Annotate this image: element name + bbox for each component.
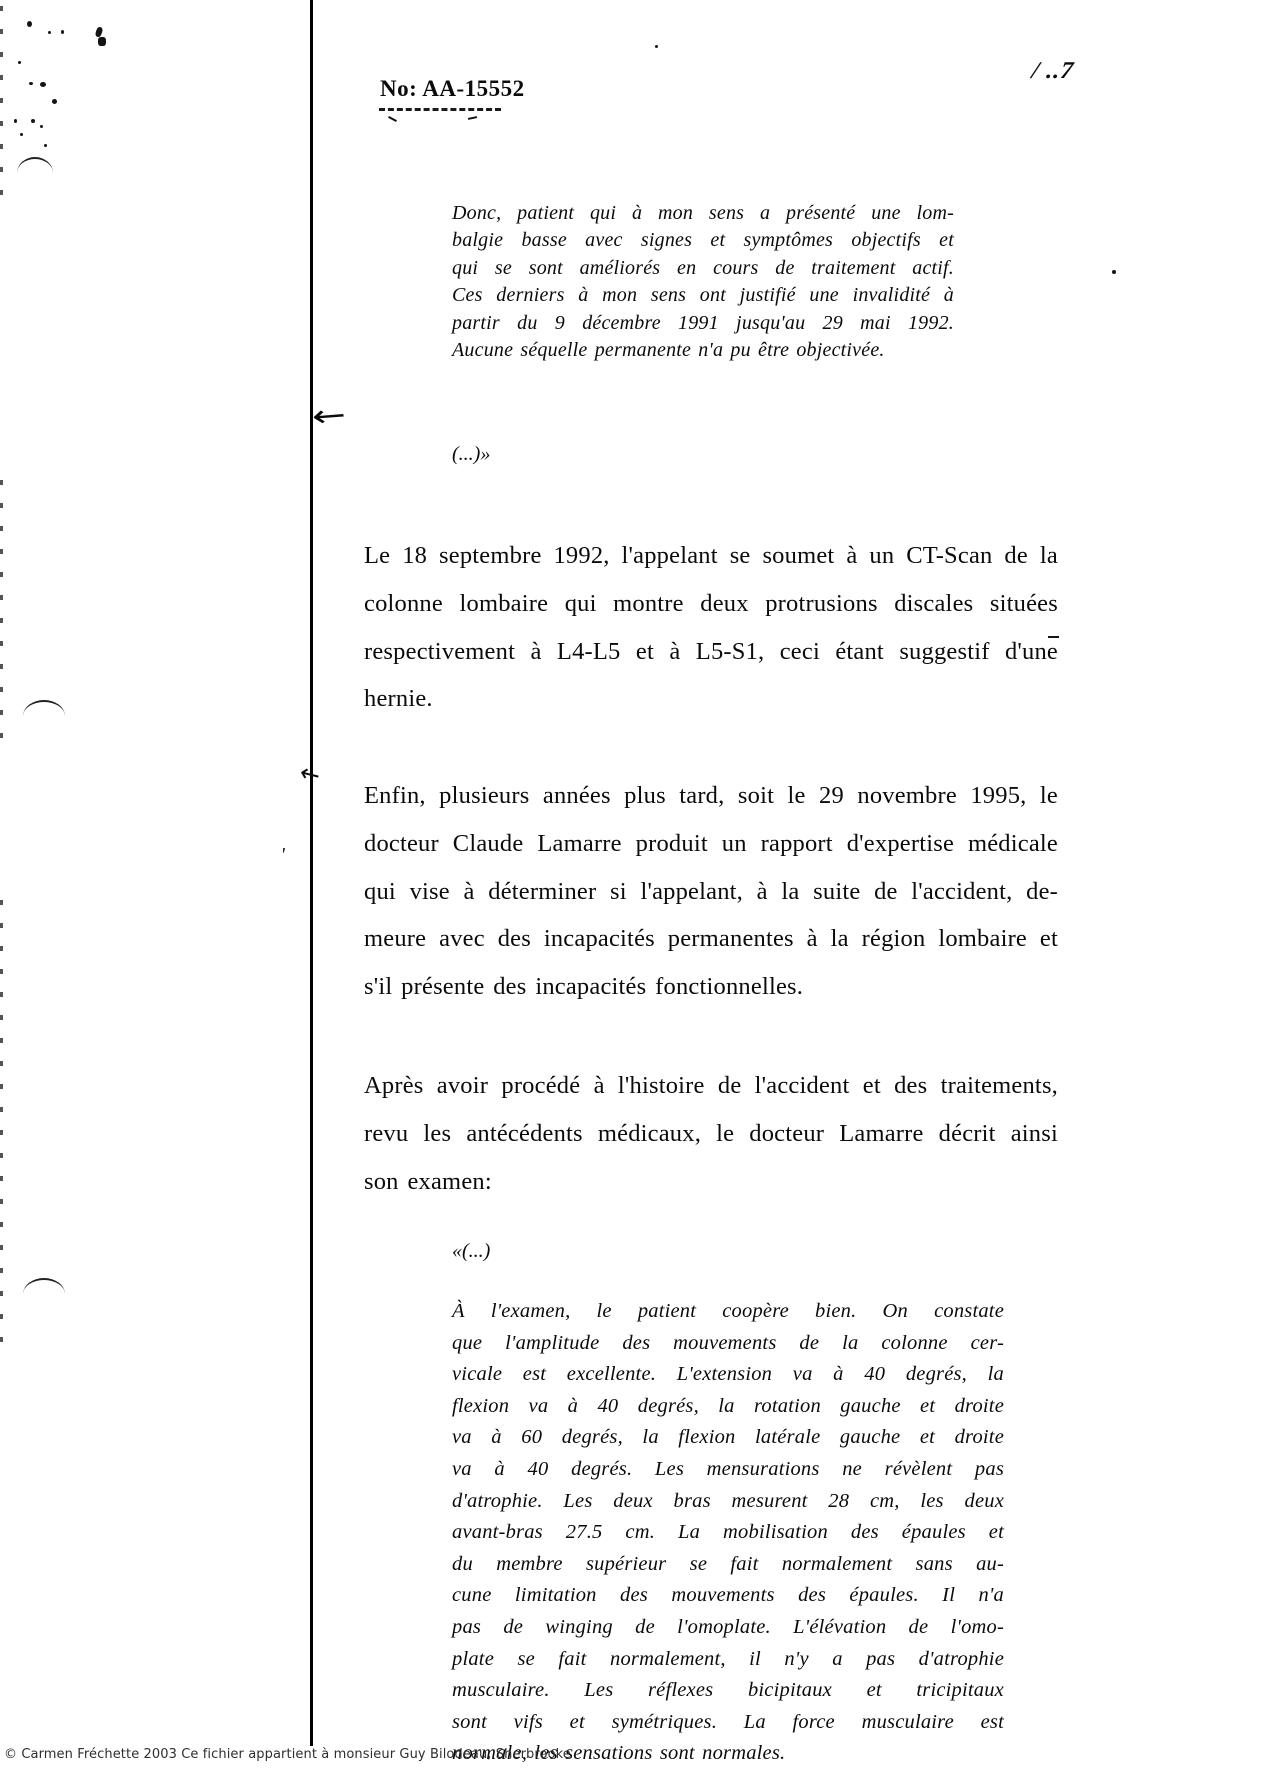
text-line: Enfin, plusieurs années plus tard, soit …	[364, 772, 1058, 820]
text-line: s'il présente des incapacités fonctionne…	[364, 963, 1058, 1011]
scan-artifact	[23, 700, 65, 716]
case-number-underline	[379, 108, 501, 111]
footer-copyright: © Carmen Fréchette 2003 Ce fichier appar…	[4, 1747, 571, 1762]
margin-rule	[310, 0, 313, 1746]
scan-artifact	[44, 144, 47, 147]
scan-artifact	[31, 119, 35, 123]
text-line: Ces derniers à mon sens ont justifié une…	[452, 282, 954, 309]
scan-artifact	[40, 82, 46, 87]
scan-artifact	[27, 21, 32, 27]
text-line: vicale est excellente. L'extension va à …	[452, 1359, 1004, 1391]
text-line: sont vifs et symétriques. La force muscu…	[452, 1707, 1004, 1739]
blockquote-medical-opinion: Donc, patient qui à mon sens a présenté …	[452, 200, 954, 364]
text-line: respectivement à L4-L5 et à L5-S1, ceci …	[364, 628, 1058, 676]
scan-artifact	[95, 26, 104, 37]
text-line: pas de winging de l'omoplate. L'élévatio…	[452, 1612, 1004, 1644]
scanned-document-page: No: AA-15552 / ..7 Donc, patient qui à m…	[0, 0, 1268, 1768]
scan-artifact	[14, 119, 17, 123]
text-line: cune limitation des mouvements des épaul…	[452, 1580, 1004, 1612]
text-line: Donc, patient qui à mon sens a présenté …	[452, 200, 954, 227]
scan-artifact	[18, 61, 21, 64]
blockquote-examen: À l'examen, le patient coopère bien. On …	[452, 1296, 1004, 1768]
text-line: qui vise à déterminer si l'appelant, à l…	[364, 868, 1058, 916]
case-number: No: AA-15552	[380, 76, 525, 102]
text-line: Aucune séquelle permanente n'a pu être o…	[452, 337, 954, 364]
body-paragraph-expertise: Enfin, plusieurs années plus tard, soit …	[364, 772, 1058, 1011]
text-line: que l'amplitude des mouvements de la col…	[452, 1328, 1004, 1360]
scan-artifact	[388, 116, 397, 122]
text-line: Après avoir procédé à l'histoire de l'ac…	[364, 1062, 1058, 1110]
margin-arrowhead-icon: ←	[297, 758, 323, 790]
scan-artifact	[52, 99, 57, 104]
scan-artifact	[468, 116, 477, 120]
scan-artifact	[655, 45, 658, 48]
scan-artifact	[0, 6, 3, 196]
scan-artifact	[1048, 636, 1059, 638]
text-line: docteur Claude Lamarre produit un rappor…	[364, 820, 1058, 868]
body-paragraph-ctscan: Le 18 septembre 1992, l'appelant se soum…	[364, 532, 1058, 723]
margin-arrow-icon: ←	[310, 397, 349, 434]
scan-artifact	[20, 133, 23, 136]
quote-closing-mark: (...)»	[452, 443, 490, 466]
text-line: son examen:	[364, 1158, 1058, 1206]
quote-opening-mark: «(...)	[452, 1240, 490, 1263]
text-line: d'atrophie. Les deux bras mesurent 28 cm…	[452, 1486, 1004, 1518]
text-line: balgie basse avec signes et symptômes ob…	[452, 227, 954, 254]
scan-tick-mark: '	[279, 844, 287, 867]
scan-artifact	[98, 37, 106, 46]
text-line: partir du 9 décembre 1991 jusqu'au 29 ma…	[452, 310, 954, 337]
text-line: va à 40 degrés. Les mensurations ne révè…	[452, 1454, 1004, 1486]
text-line: du membre supérieur se fait normalement …	[452, 1549, 1004, 1581]
scan-artifact	[23, 1278, 65, 1294]
scan-artifact	[61, 30, 64, 34]
text-line: hernie.	[364, 675, 1058, 723]
scan-artifact	[29, 82, 33, 85]
text-line: À l'examen, le patient coopère bien. On …	[452, 1296, 1004, 1328]
body-paragraph-examen-intro: Après avoir procédé à l'histoire de l'ac…	[364, 1062, 1058, 1205]
text-line: qui se sont améliorés en cours de traite…	[452, 255, 954, 282]
text-line: meure avec des incapacités permanentes à…	[364, 915, 1058, 963]
scan-artifact	[0, 900, 3, 1360]
text-line: revu les antécédents médicaux, le docteu…	[364, 1110, 1058, 1158]
scan-artifact	[0, 480, 3, 750]
scan-artifact	[48, 31, 51, 34]
page-number: / ..7	[1030, 58, 1075, 85]
text-line: avant-bras 27.5 cm. La mobilisation des …	[452, 1517, 1004, 1549]
text-line: va à 60 degrés, la flexion latérale gauc…	[452, 1422, 1004, 1454]
scan-artifact	[17, 157, 53, 173]
scan-artifact	[1112, 270, 1116, 274]
text-line: musculaire. Les réflexes bicipitaux et t…	[452, 1675, 1004, 1707]
text-line: Le 18 septembre 1992, l'appelant se soum…	[364, 532, 1058, 580]
text-line: flexion va à 40 degrés, la rotation gauc…	[452, 1391, 1004, 1423]
scan-artifact	[40, 125, 43, 128]
text-line: plate se fait normalement, il n'y a pas …	[452, 1644, 1004, 1676]
text-line: colonne lombaire qui montre deux protrus…	[364, 580, 1058, 628]
